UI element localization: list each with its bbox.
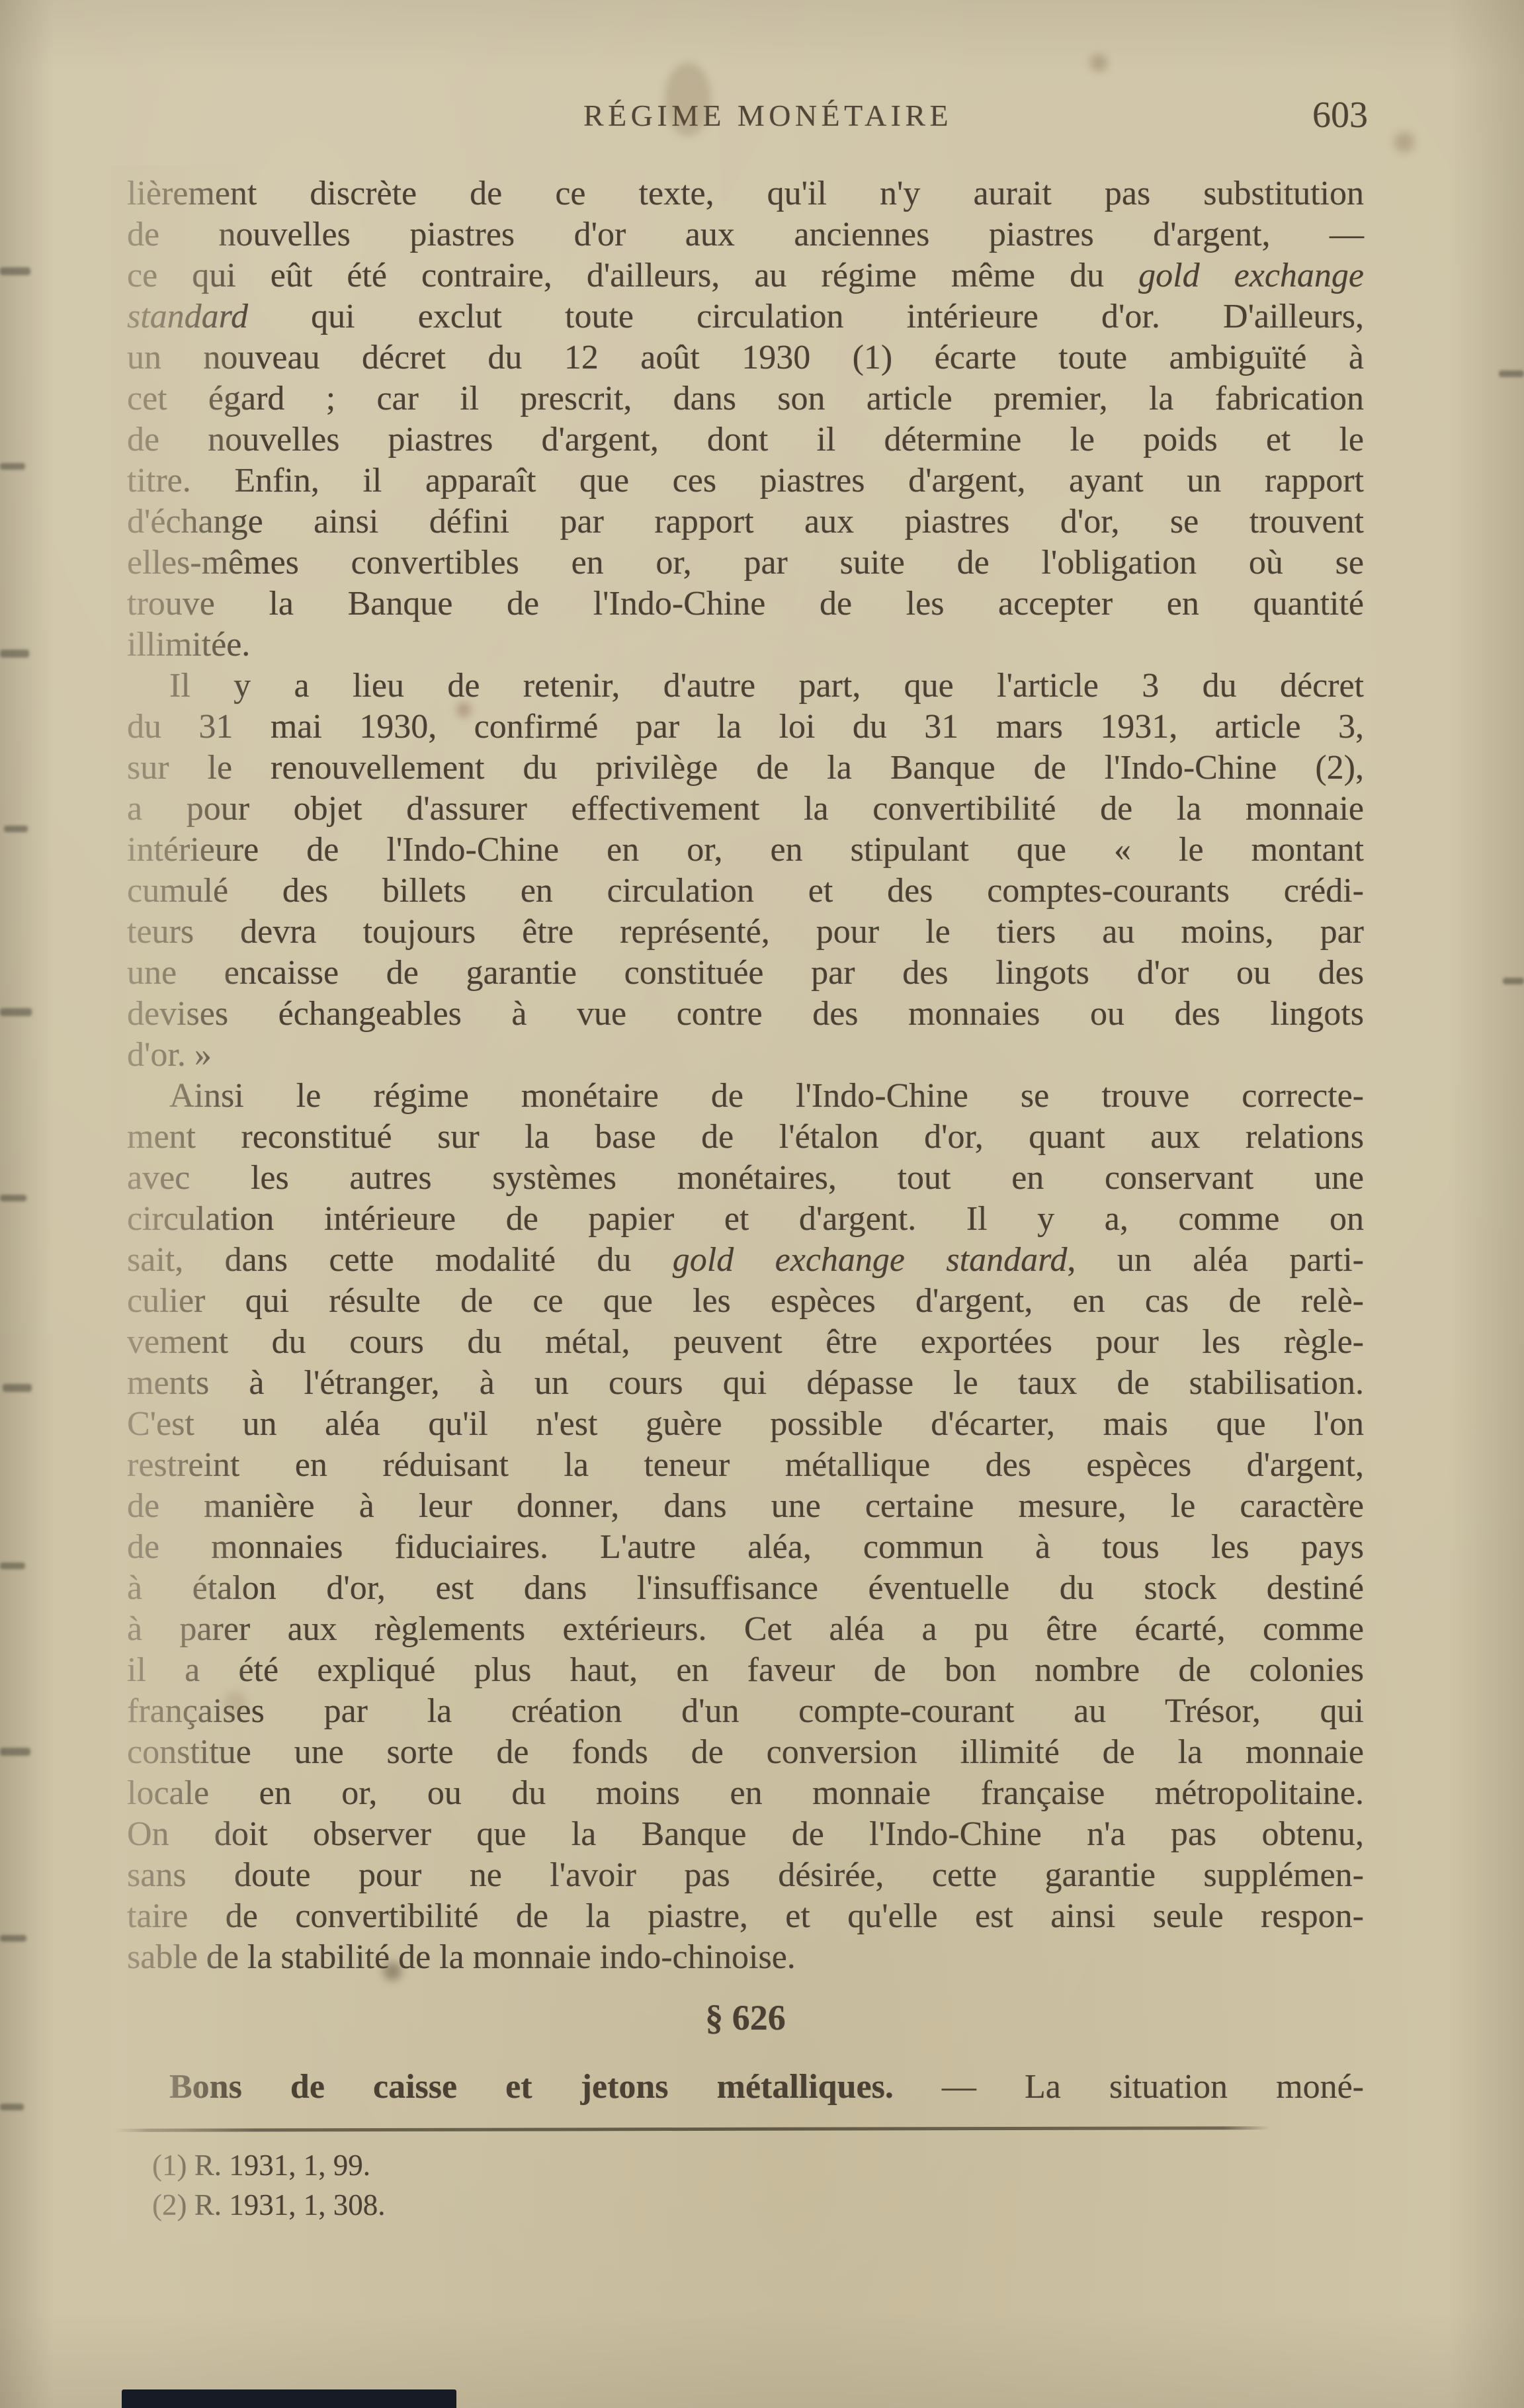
text-line: a pour objet d'assurer effectivement la … [127,789,1364,830]
text-line: d'or. » [127,1035,1364,1076]
foxing-spot-scan-artifact [383,1962,402,1981]
text-column: lièrement discrète de ce texte, qu'il n'… [127,173,1364,2225]
margin-bleed-scan-artifact [4,826,28,832]
margin-bleed-scan-artifact [0,1008,32,1016]
text-line: il a été expliqué plus haut, en faveur d… [127,1650,1364,1691]
text-line: avec les autres systèmes monétaires, tou… [127,1158,1364,1199]
section-heading: § 626 [127,1998,1364,2038]
text-line: constitue une sorte de fonds de conversi… [127,1732,1364,1773]
text-line: teurs devra toujours être représenté, po… [127,912,1364,953]
text-line: à parer aux règlements extérieurs. Cet a… [127,1609,1364,1650]
text-line: taire de convertibilité de la piastre, e… [127,1896,1364,1937]
text-line: locale en or, ou du moins en monnaie fra… [127,1773,1364,1814]
text-line: ce qui eût été contraire, d'ailleurs, au… [127,255,1364,296]
footnote-rule [114,2126,1270,2132]
running-head: RÉGIME MONÉTAIRE 603 [127,98,1364,144]
footnote: (1) R. 1931, 1, 99. [152,2145,1364,2185]
post-heading-text: Bons de caisse et jetons métalliques. — … [127,2067,1364,2108]
text-line: d'échange ainsi défini par rapport aux p… [127,501,1364,542]
margin-bleed-scan-artifact [0,1195,26,1201]
footnote: (2) R. 1931, 1, 308. [152,2185,1364,2225]
text-line: sable de la stabilité de la monnaie indo… [127,1937,1364,1978]
text-line: cumulé des billets en circulation et des… [127,871,1364,912]
text-line: cet égard ; car il prescrit, dans son ar… [127,378,1364,419]
text-line: un nouveau décret du 12 août 1930 (1) éc… [127,337,1364,378]
foxing-spot-scan-artifact [1394,132,1414,152]
text-line: devises échangeables à vue contre des mo… [127,994,1364,1035]
running-head-title: RÉGIME MONÉTAIRE [583,98,952,133]
text-line: de nouvelles piastres d'or aux anciennes… [127,214,1364,255]
margin-bleed-scan-artifact [1499,370,1524,377]
foxing-spot-scan-artifact [665,63,711,136]
text-line: intérieure de l'Indo-Chine en or, en sti… [127,830,1364,871]
foxing-spot-scan-artifact [1090,54,1107,71]
text-line: C'est un aléa qu'il n'est guère possible… [127,1404,1364,1445]
text-line: illimitée. [127,624,1364,666]
margin-bleed-scan-artifact [0,267,30,275]
text-line: une encaisse de garantie constituée par … [127,953,1364,994]
text-line: du 31 mai 1930, confirmé par la loi du 3… [127,707,1364,748]
text-line: ment reconstitué sur la base de l'étalon… [127,1117,1364,1158]
body-text: lièrement discrète de ce texte, qu'il n'… [127,173,1364,1978]
text-line: lièrement discrète de ce texte, qu'il n'… [127,173,1364,214]
text-line: trouve la Banque de l'Indo-Chine de les … [127,583,1364,624]
margin-bleed-scan-artifact [0,463,25,470]
text-line: françaises par la création d'un compte-c… [127,1691,1364,1732]
text-line: sait, dans cette modalité du gold exchan… [127,1240,1364,1281]
text-line: titre. Enfin, il apparaît que ces piastr… [127,460,1364,501]
text-line: vement du cours du métal, peuvent être e… [127,1322,1364,1363]
text-line: Ainsi le régime monétaire de l'Indo-Chin… [127,1076,1364,1117]
page-number: 603 [1312,94,1368,136]
text-line: de monnaies fiduciaires. L'autre aléa, c… [127,1527,1364,1568]
text-line: sur le renouvellement du privilège de la… [127,748,1364,789]
text-line: de nouvelles piastres d'argent, dont il … [127,419,1364,460]
text-line: On doit observer que la Banque de l'Indo… [127,1814,1364,1855]
footnotes: (1) R. 1931, 1, 99.(2) R. 1931, 1, 308. [127,2145,1364,2225]
book-page: RÉGIME MONÉTAIRE 603 lièrement discrète … [0,0,1524,2408]
margin-bleed-scan-artifact [0,1748,30,1756]
bottom-edge-scan-artifact [122,2389,456,2408]
text-line: restreint en réduisant la teneur métalli… [127,1445,1364,1486]
text-line: elles-mêmes convertibles en or, par suit… [127,542,1364,583]
margin-bleed-scan-artifact [0,2104,24,2110]
margin-bleed-scan-artifact [0,1935,26,1942]
text-line: de manière à leur donner, dans une certa… [127,1486,1364,1527]
margin-bleed-scan-artifact [0,650,29,658]
text-line: Il y a lieu de retenir, d'autre part, qu… [127,666,1364,707]
foxing-spot-scan-artifact [456,703,471,717]
text-line: sans doute pour ne l'avoir pas désirée, … [127,1855,1364,1896]
margin-bleed-scan-artifact [1503,978,1524,984]
margin-bleed-scan-artifact [3,1384,32,1392]
text-line: standard qui exclut toute circulation in… [127,296,1364,337]
text-line: circulation intérieure de papier et d'ar… [127,1199,1364,1240]
foxing-spot-scan-artifact [224,1691,246,1713]
text-line: culier qui résulte de ce que les espèces… [127,1281,1364,1322]
margin-bleed-scan-artifact [0,1563,25,1569]
text-line: ments à l'étranger, à un cours qui dépas… [127,1363,1364,1404]
text-line: Bons de caisse et jetons métalliques. — … [127,2067,1364,2108]
text-line: à étalon d'or, est dans l'insuffisance é… [127,1568,1364,1609]
